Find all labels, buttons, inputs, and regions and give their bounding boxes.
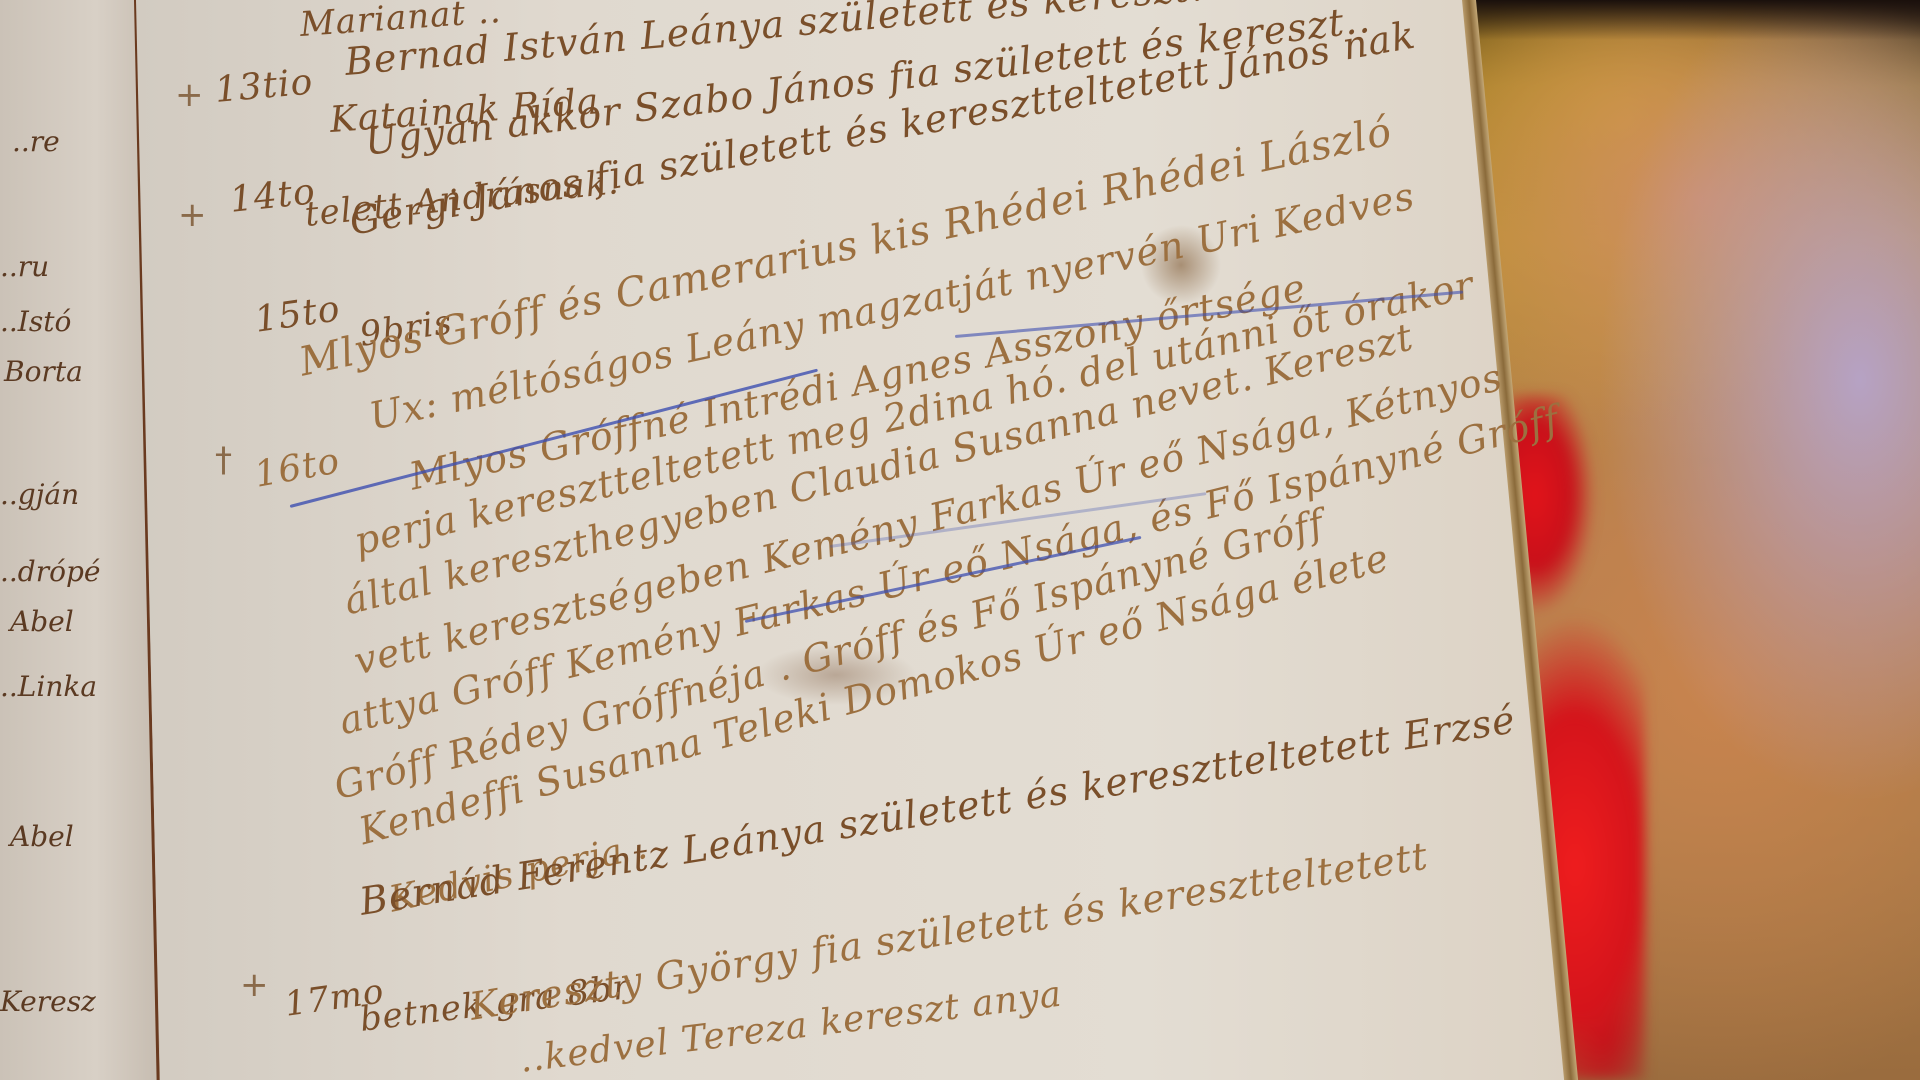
left-page-fragment: ..Istó bbox=[0, 305, 71, 338]
left-page-fragment: ..ru bbox=[0, 250, 49, 283]
cross-mark-icon: † bbox=[215, 440, 232, 480]
left-page-fragment: ..gján bbox=[0, 478, 79, 511]
cross-mark-icon: + bbox=[175, 75, 204, 115]
left-page-fragment: Abel bbox=[10, 605, 74, 638]
left-page: ..re ..ru ..Istó Borta ..gján ..drópé Ab… bbox=[0, 0, 160, 1080]
cross-mark-icon: + bbox=[240, 965, 269, 1005]
left-page-fragment: Keresz bbox=[0, 985, 96, 1018]
left-page-fragment: ..drópé bbox=[0, 555, 100, 588]
register-date: 13tio bbox=[213, 61, 315, 110]
left-page-fragment: Abel bbox=[10, 820, 74, 853]
left-page-fragment: ..Linka bbox=[0, 670, 97, 703]
background-dark-strip bbox=[1460, 0, 1920, 40]
cross-mark-icon: + bbox=[178, 195, 207, 235]
left-page-fragment: ..re bbox=[12, 125, 60, 158]
left-page-fragment: Borta bbox=[4, 355, 83, 388]
